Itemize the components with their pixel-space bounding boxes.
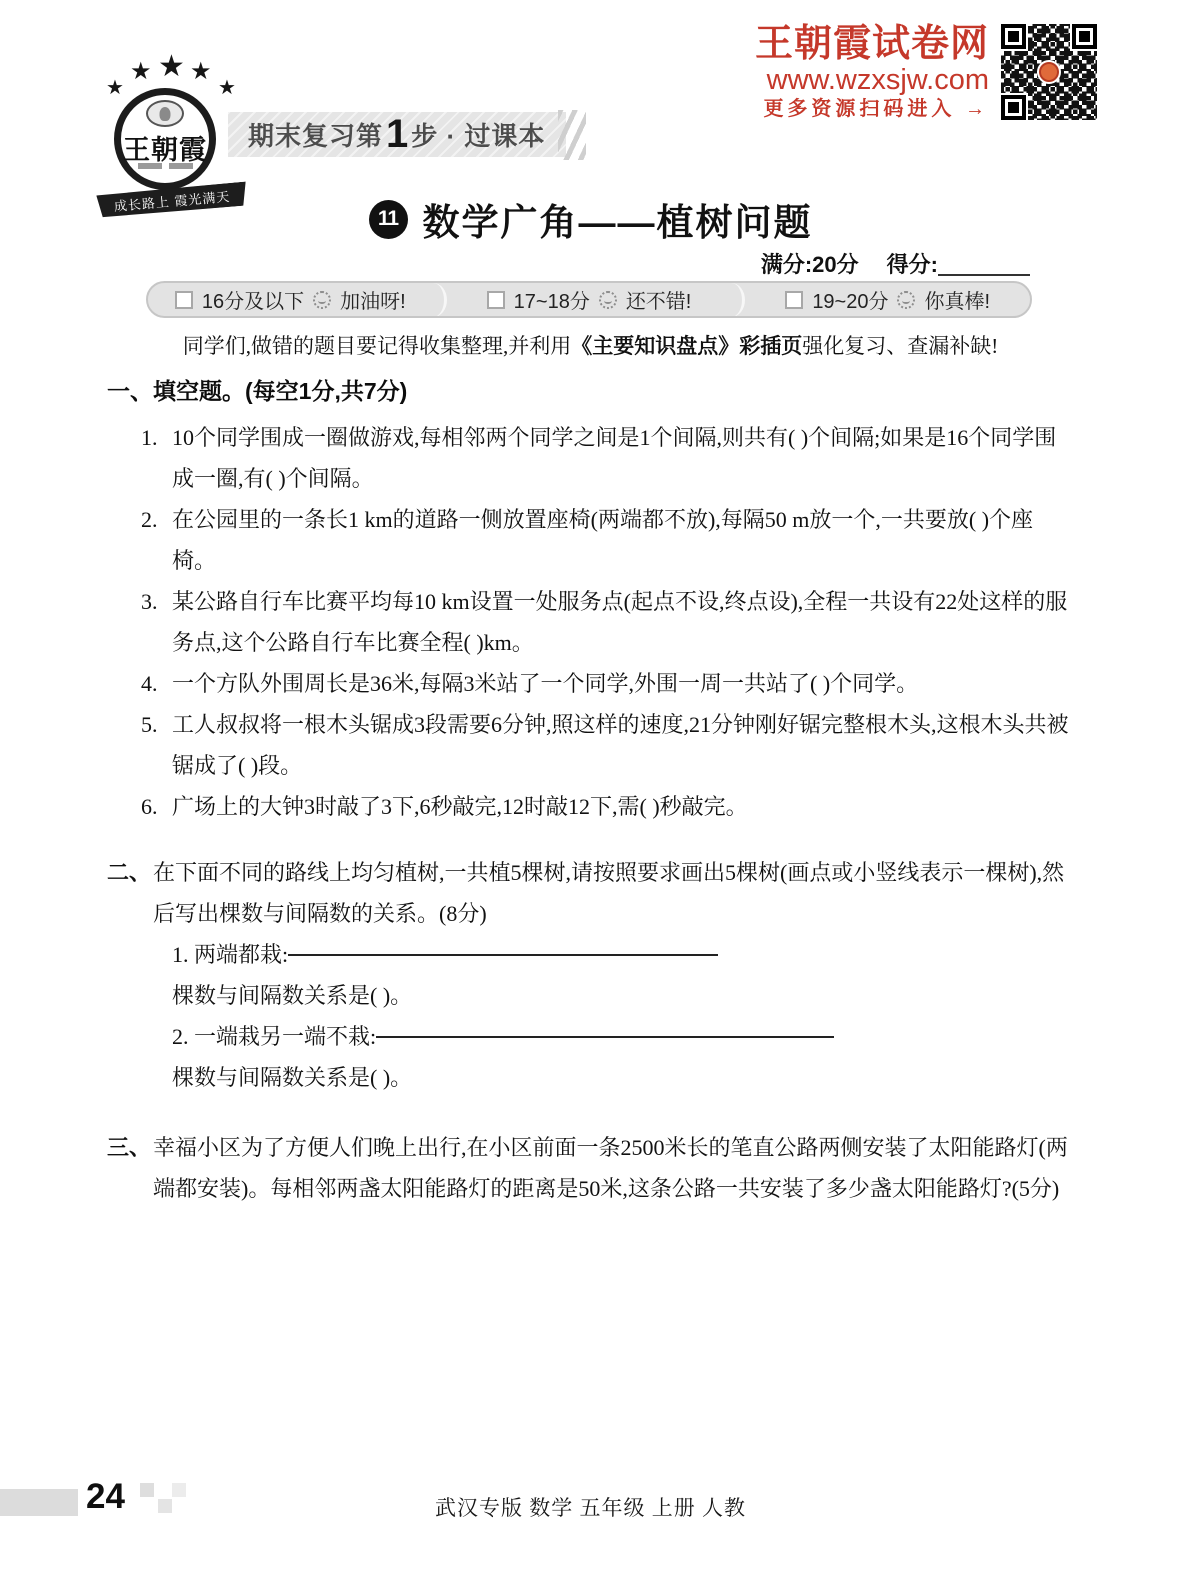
rating-range: 16分及以下 bbox=[202, 285, 304, 314]
question-number: 3. bbox=[141, 581, 158, 622]
site-url: www.wzxsjw.com bbox=[755, 64, 989, 96]
unit-title-row: 11数学广角——植树问题 bbox=[0, 192, 1181, 246]
section2-heading: 二、 在下面不同的路线上均匀植树,一共植5棵树,请按照要求画出5棵树(画点或小竖… bbox=[107, 852, 1077, 934]
smiley-icon bbox=[313, 291, 331, 309]
segment-divider bbox=[731, 283, 745, 317]
rating-phrase: 还不错! bbox=[626, 285, 692, 314]
rating-segment-low: 16分及以下 加油呀! bbox=[148, 285, 433, 314]
drawing-line bbox=[288, 954, 718, 956]
got-score-label: 得分: bbox=[887, 252, 938, 277]
item-number: 1. bbox=[172, 942, 189, 967]
notice-emphasis: 《主要知识盘点》彩插页 bbox=[571, 334, 802, 358]
star-icon: ★ bbox=[218, 78, 236, 98]
item-label: 一端栽另一端不栽: bbox=[194, 1024, 376, 1049]
logo-name: 王朝霞 bbox=[121, 128, 209, 167]
edition-info: 武汉专版 数学 五年级 上册 人教 bbox=[0, 1492, 1181, 1522]
drawing-line bbox=[376, 1036, 834, 1038]
draw-item: 1. 两端都栽: bbox=[172, 934, 1077, 975]
qr-code bbox=[1001, 24, 1097, 120]
section-marker: 三、 bbox=[107, 1127, 151, 1168]
relation-text: 棵数与间隔数关系是( )。 bbox=[172, 983, 412, 1008]
draw-item: 2. 一端栽另一端不栽: bbox=[172, 1016, 1077, 1057]
score-line: 满分:20分得分: bbox=[761, 248, 1030, 279]
step-banner: 期末复习第 1 步 · 过课本 bbox=[228, 112, 566, 157]
worksheet-body: 一、填空题。(每空1分,共7分) 1. 10个同学围成一圈做游戏,每相邻两个同学… bbox=[107, 374, 1077, 1209]
question-text: 10个同学围成一圈做游戏,每相邻两个同学之间是1个间隔,则共有( )个间隔;如果… bbox=[172, 425, 1056, 491]
question-text: 某公路自行车比赛平均每10 km设置一处服务点(起点不设,终点设),全程一共设有… bbox=[172, 589, 1067, 655]
star-icon: ★ bbox=[130, 60, 152, 84]
qr-finder-icon bbox=[1072, 24, 1097, 49]
question-number: 5. bbox=[141, 704, 158, 745]
item-label: 两端都栽: bbox=[194, 942, 288, 967]
qr-center-seal-icon bbox=[1037, 60, 1061, 84]
relation-blank: 棵数与间隔数关系是( )。 bbox=[172, 975, 1077, 1016]
score-blank-line bbox=[938, 254, 1030, 276]
study-notice: 同学们,做错的题目要记得收集整理,并利用《主要知识盘点》彩插页强化复习、查漏补缺… bbox=[0, 330, 1181, 360]
rating-segment-mid: 17~18分 还不错! bbox=[447, 285, 732, 314]
unit-title: 数学广角——植树问题 bbox=[423, 202, 813, 243]
question-number: 1. bbox=[141, 417, 158, 458]
checkbox-icon[interactable] bbox=[785, 291, 803, 309]
relation-text: 棵数与间隔数关系是( )。 bbox=[172, 1065, 412, 1090]
item-number: 2. bbox=[172, 1024, 189, 1049]
segment-divider bbox=[433, 283, 447, 317]
step-banner-prefix: 期末复习第 bbox=[248, 116, 383, 153]
smiley-icon bbox=[897, 291, 915, 309]
qr-finder-icon bbox=[1001, 24, 1026, 49]
checkbox-icon[interactable] bbox=[175, 291, 193, 309]
section-text: 幸福小区为了方便人们晚上出行,在小区前面一条2500米长的笔直公路两侧安装了太阳… bbox=[153, 1135, 1068, 1201]
question-text: 在公园里的一条长1 km的道路一侧放置座椅(两端都不放),每隔50 m放一个,一… bbox=[172, 507, 1033, 573]
site-name: 王朝霞试卷网 bbox=[755, 24, 989, 64]
notice-pre: 同学们,做错的题目要记得收集整理,并利用 bbox=[183, 334, 572, 358]
site-block: 王朝霞试卷网 www.wzxsjw.com 更多资源扫码进入 → bbox=[755, 24, 989, 122]
section3-question: 三、 幸福小区为了方便人们晚上出行,在小区前面一条2500米长的笔直公路两侧安装… bbox=[107, 1127, 1077, 1209]
question-text: 一个方队外围周长是36米,每隔3米站了一个同学,外围一周一共站了( )个同学。 bbox=[172, 671, 918, 696]
step-banner-number: 1 bbox=[386, 112, 408, 157]
qr-hint-text: 更多资源扫码进入 → bbox=[755, 96, 989, 122]
fill-blank-question: 3. 某公路自行车比赛平均每10 km设置一处服务点(起点不设,终点设),全程一… bbox=[107, 581, 1077, 663]
question-number: 4. bbox=[141, 663, 158, 704]
notice-post: 强化复习、查漏补缺! bbox=[802, 334, 998, 358]
full-score-label: 满分:20分 bbox=[761, 252, 859, 277]
section1-heading: 一、填空题。(每空1分,共7分) bbox=[107, 374, 1077, 408]
star-icon: ★ bbox=[106, 78, 124, 98]
logo-subtext-decoration bbox=[121, 163, 209, 169]
question-number: 2. bbox=[141, 499, 158, 540]
banner-stripes-decoration bbox=[558, 110, 586, 160]
rating-phrase: 你真棒! bbox=[924, 285, 990, 314]
fill-blank-question: 5. 工人叔叔将一根木头锯成3段需要6分钟,照这样的速度,21分钟刚好锯完整根木… bbox=[107, 704, 1077, 786]
relation-blank: 棵数与间隔数关系是( )。 bbox=[172, 1057, 1077, 1098]
fill-blank-question: 1. 10个同学围成一圈做游戏,每相邻两个同学之间是1个间隔,则共有( )个间隔… bbox=[107, 417, 1077, 499]
worksheet-page: 王朝霞试卷网 www.wzxsjw.com 更多资源扫码进入 → ★ ★ ★ ★… bbox=[0, 0, 1181, 1582]
qr-finder-icon bbox=[1001, 95, 1026, 120]
step-banner-suffix: 步 · 过课本 bbox=[411, 116, 545, 153]
star-icon: ★ bbox=[190, 60, 212, 84]
unit-number-badge: 11 bbox=[369, 200, 408, 239]
question-text: 工人叔叔将一根木头锯成3段需要6分钟,照这样的速度,21分钟刚好锯完整根木头,这… bbox=[172, 712, 1069, 778]
question-text: 广场上的大钟3时敲了3下,6秒敲完,12时敲12下,需( )秒敲完。 bbox=[172, 794, 748, 819]
fill-blank-question: 4. 一个方队外围周长是36米,每隔3米站了一个同学,外围一周一共站了( )个同… bbox=[107, 663, 1077, 704]
checkbox-icon[interactable] bbox=[487, 291, 505, 309]
rating-range: 19~20分 bbox=[812, 285, 888, 314]
section-text: 在下面不同的路线上均匀植树,一共植5棵树,请按照要求画出5棵树(画点或小竖线表示… bbox=[153, 860, 1064, 926]
rating-phrase: 加油呀! bbox=[340, 285, 406, 314]
fill-blank-question: 6. 广场上的大钟3时敲了3下,6秒敲完,12时敲12下,需( )秒敲完。 bbox=[107, 786, 1077, 827]
logo-circle: 王朝霞 bbox=[114, 88, 216, 190]
portrait-icon bbox=[146, 100, 184, 127]
star-icon: ★ bbox=[158, 52, 185, 82]
brand-logo: ★ ★ ★ ★ ★ 王朝霞 成长路上 霞光满天 bbox=[102, 56, 242, 214]
fill-blank-question: 2. 在公园里的一条长1 km的道路一侧放置座椅(两端都不放),每隔50 m放一… bbox=[107, 499, 1077, 581]
section-marker: 二、 bbox=[107, 852, 151, 893]
rating-range: 17~18分 bbox=[514, 285, 590, 314]
rating-segment-high: 19~20分 你真棒! bbox=[745, 285, 1030, 314]
rating-bar: 16分及以下 加油呀! 17~18分 还不错! 19~20分 你真棒! bbox=[146, 281, 1032, 318]
question-number: 6. bbox=[141, 786, 158, 827]
smiley-icon bbox=[599, 291, 617, 309]
